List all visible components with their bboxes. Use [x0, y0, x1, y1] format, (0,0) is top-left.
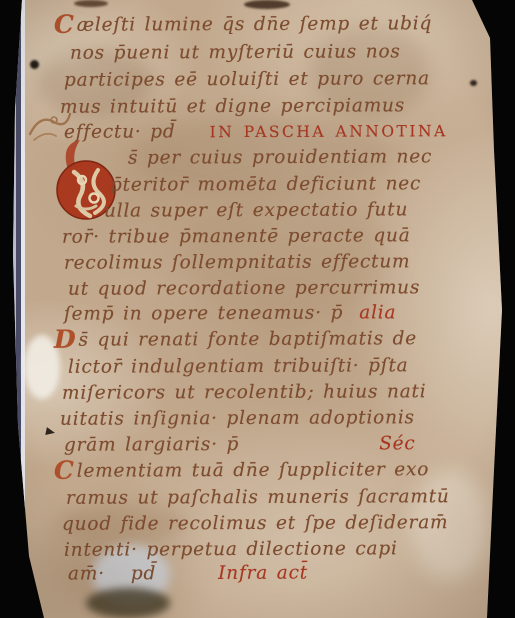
text-line: nos p̄ueni ut myſteriū cuius nos	[70, 41, 401, 64]
text-line: miſericors ut recolentib; huius nati	[62, 381, 427, 405]
text-line: Cæleſti lumine q̄s dn̄e ſemp et ubiq́	[54, 13, 432, 37]
initial-letter: D	[54, 331, 77, 349]
text-line: ror̄· tribue p̄manentē peracte quā	[62, 225, 411, 249]
text-line: grām largiaris· p̄Séc	[64, 433, 416, 457]
text-line: ulla super eſt expectatio futu	[104, 199, 408, 222]
text-run: mus intuitū et digne percipiamus	[60, 95, 405, 119]
text-line: participes eē uoluiſti et puro cerna	[64, 68, 430, 92]
text-run: am̄·	[68, 563, 105, 585]
text-run: lementiam tuā dn̄e ſuppliciter exo	[77, 459, 430, 483]
text-line: am̄·pd̄Infra act̄	[68, 562, 308, 585]
text-run: recolimus ſollempnitatis effectum	[64, 251, 410, 275]
rubric-run: alia	[359, 302, 396, 324]
text-line: Clementiam tuā dn̄e ſuppliciter exo	[54, 459, 429, 483]
text-run: ut quod recordatione percurrimus	[68, 277, 420, 301]
text-line: effectu· pd̄IN PASCHA ANNOTINA	[64, 120, 448, 144]
text-line: Ds̄ qui renati fonte baptiſmatis de	[54, 328, 417, 352]
rubric-run: IN PASCHA ANNOTINA	[210, 120, 448, 143]
text-run: s̄ per cuius prouidentiam nec	[128, 146, 432, 169]
text-line: quod fide recolimus et ſpe deſideram̄	[62, 512, 448, 536]
text-run: ulla super eſt expectatio futu	[104, 199, 408, 222]
text-run: pd̄	[131, 563, 156, 585]
initial-letter: C	[54, 16, 75, 34]
parchment-page: Cæleſti lumine q̄s dn̄e ſemp et ubiq́nos…	[10, 0, 506, 618]
text-run: ſemp̄ in opere teneamus· p̄	[64, 303, 343, 326]
text-run: nos p̄ueni ut myſteriū cuius nos	[70, 41, 401, 64]
text-run: lictor̄ indulgentiam tribuiſti· p̄ſta	[68, 355, 409, 378]
text-run: grām largiaris· p̄	[64, 434, 239, 457]
text-line: ramus ut paſchalis muneris ſacramtū	[66, 486, 450, 510]
text-line: ut quod recordatione percurrimus	[68, 277, 420, 301]
text-run: participes eē uoluiſti et puro cerna	[64, 68, 430, 92]
text-run: æleſti lumine q̄s dn̄e ſemp et ubiq́	[77, 13, 433, 37]
rubric-run: Séc	[379, 433, 415, 455]
text-line: s̄ per cuius prouidentiam nec	[128, 146, 432, 169]
text-run: uitatis inſignia· plenam adoptionis	[60, 407, 415, 431]
text-run: p̄teritor̄ momēta deficiunt nec	[110, 173, 421, 196]
text-line: p̄teritor̄ momēta deficiunt nec	[110, 173, 421, 196]
text-run: quod fide recolimus et ſpe deſideram̄	[62, 512, 448, 536]
text-line: intenti· perpetua dilectione capi	[64, 538, 398, 561]
text-run: ror̄· tribue p̄manentē peracte quā	[62, 225, 411, 249]
text-line: recolimus ſollempnitatis effectum	[64, 251, 410, 275]
text-run: effectu· pd̄	[64, 121, 176, 143]
text-run: miſericors ut recolentib; huius nati	[62, 381, 427, 405]
text-layer: Cæleſti lumine q̄s dn̄e ſemp et ubiq́nos…	[10, 0, 506, 618]
text-line: ſemp̄ in opere teneamus· p̄alia	[64, 302, 396, 325]
text-line: mus intuitū et digne percipiamus	[60, 95, 405, 119]
text-run: intenti· perpetua dilectione capi	[64, 538, 398, 561]
rubric-run: Infra act̄	[218, 562, 308, 584]
initial-letter: C	[54, 462, 75, 480]
text-run: ramus ut paſchalis muneris ſacramtū	[66, 486, 450, 510]
text-line: uitatis inſignia· plenam adoptionis	[60, 407, 415, 431]
manuscript-photo: { "meta": { "kind": "photograph of a med…	[0, 0, 515, 618]
text-line: lictor̄ indulgentiam tribuiſti· p̄ſta	[68, 355, 409, 378]
text-run: s̄ qui renati fonte baptiſmatis de	[78, 328, 417, 351]
